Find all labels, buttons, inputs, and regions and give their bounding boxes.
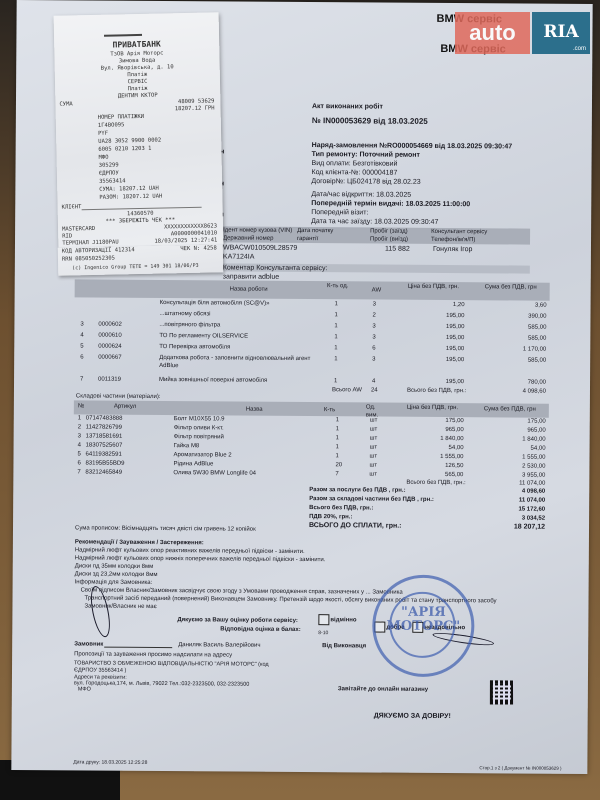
works-name-header: Назва роботи xyxy=(230,285,268,293)
summary-label: Всього без ПДВ, грн.: xyxy=(309,504,373,512)
part-price: 965,00 xyxy=(404,426,464,434)
act-title: Акт виконаних робіт xyxy=(312,102,383,111)
work-qty: 1 xyxy=(334,311,337,319)
summary-row: ВСЬОГО ДО СПЛАТИ, грн.:18 207,12 xyxy=(309,522,549,533)
receipt-footer: (c) Ingenico Group TETE = 149 301 18/06/… xyxy=(72,262,199,274)
total-aw-label: Всього AW xyxy=(332,386,362,394)
part-price: 126,50 xyxy=(403,462,463,470)
part-number: 7 xyxy=(77,468,80,476)
part-qty: 1 xyxy=(336,425,339,433)
work-price: 1,20 xyxy=(405,301,465,309)
part-name: Фільтр повітряний xyxy=(174,433,224,441)
part-unit: шт xyxy=(370,434,378,442)
receipt-paid: РАЗОМ: 18207.12 UAH xyxy=(99,194,162,202)
part-unit: шт xyxy=(369,452,377,460)
part-number: 2 xyxy=(78,423,81,431)
work-sum: 390,00 xyxy=(484,312,546,320)
work-number: 7 xyxy=(80,375,83,383)
part-unit: шт xyxy=(370,416,378,424)
works-sum-header: Сума без ПДВ, грн xyxy=(485,283,537,291)
summary-label: Разом за послуги без ПДВ , грн.: xyxy=(309,486,405,495)
work-aw: 3 xyxy=(373,300,376,308)
work-code: 0000624 xyxy=(98,343,121,351)
receipt-detail: 35563414 xyxy=(99,178,126,186)
parts-table: 107147483888Болт M10X55 10.91шт175,00175… xyxy=(73,414,548,487)
parts-price-header: Ціна без ПДВ, грн. xyxy=(407,404,467,412)
work-name: ...повітряного фільтра xyxy=(159,321,319,330)
part-qty: 7 xyxy=(335,470,338,478)
stamp-text: "АРІЯ МОТОРС" xyxy=(375,606,471,635)
thanks-for-trust: ДЯКУЄМО ЗА ДОВІРУ! xyxy=(374,712,451,722)
parts-no-header: № xyxy=(78,402,84,410)
work-name: Мийка зовнішньої поверхні автомобіля xyxy=(159,376,319,385)
customer-signature-label: Замовник xyxy=(74,640,103,648)
work-qty: 1 xyxy=(334,322,337,330)
work-qty: 1 xyxy=(334,377,337,385)
rating-excellent-checkbox[interactable] xyxy=(318,614,329,625)
receipt-sum-value: 18207.12 ГРН xyxy=(175,105,215,113)
works-qty-header: К-ть од. xyxy=(325,282,351,290)
part-qty: 1 xyxy=(336,434,339,442)
works-total-value: 4 098,60 xyxy=(484,387,546,395)
receipt-detail: PYF xyxy=(98,131,108,138)
part-qty: 20 xyxy=(335,461,342,469)
part-name: Болт M10X55 10.9 xyxy=(174,415,225,423)
part-sum: 175,00 xyxy=(484,417,546,425)
work-aw: 3 xyxy=(372,322,375,330)
part-qty: 1 xyxy=(335,452,338,460)
act-number: № IN000053629 від 18.03.2025 xyxy=(312,116,428,127)
work-code: 0000610 xyxy=(98,332,121,340)
receipt-card-type: MASTERCARD xyxy=(62,226,95,234)
part-unit: шт xyxy=(369,470,377,478)
work-price: 195,00 xyxy=(404,323,464,331)
work-row: 70011319Мийка зовнішньої поверхні автомо… xyxy=(74,375,549,389)
work-code: 0000667 xyxy=(98,354,121,362)
part-number: 1 xyxy=(78,414,81,422)
work-aw: 3 xyxy=(372,333,375,341)
receipt-detail: МФО xyxy=(99,155,109,162)
summary-value: 11 074,00 xyxy=(483,496,545,504)
work-sum: 585,00 xyxy=(484,356,546,364)
works-header-bar xyxy=(75,279,550,300)
print-date: Дата друку: 18.03.2025 12:25:28 xyxy=(73,759,147,766)
work-number: 6 xyxy=(80,353,83,361)
receipt-client-label: КЛІЄНТ xyxy=(62,204,82,211)
receipt-detail: 305299 xyxy=(99,162,119,169)
part-code: 18307525607 xyxy=(86,441,123,449)
works-price-header: Ціна без ПДВ, грн. xyxy=(408,283,468,291)
works-table: Консультація біля автомобіля (SC@V)»131,… xyxy=(74,298,550,381)
pos-receipt-bottom: КОД АВТОРИЗАЦІЇ 412314 ЧЕК N: 4258 RRN 0… xyxy=(58,244,224,275)
receipt-separator xyxy=(104,34,142,37)
part-sum: 2 530,00 xyxy=(483,462,545,470)
receipt-detail: ЄДРПОУ xyxy=(99,170,119,177)
mileage-in-header: Пробіг (заїзд) xyxy=(370,227,408,235)
part-number: 3 xyxy=(78,432,81,440)
part-price: 175,00 xyxy=(404,417,464,425)
part-price: 54,00 xyxy=(404,444,464,452)
receipt-sum-label: СУМА xyxy=(59,101,72,108)
work-aw: 4 xyxy=(372,377,375,385)
part-sum: 1 840,00 xyxy=(484,435,546,443)
part-code: 11427826799 xyxy=(86,423,122,431)
rating-excellent-label: відмінно xyxy=(330,616,356,624)
proposals-text: Пропозиції та зауваження просимо надсила… xyxy=(74,650,232,659)
work-name: Додаткова робота - заповнити відновлювал… xyxy=(159,354,319,371)
part-code: 13718581691 xyxy=(86,432,123,440)
work-sum: 1 170,00 xyxy=(484,345,546,353)
summary-totals: Разом за послуги без ПДВ , грн.:4 098,60… xyxy=(309,486,549,548)
work-price: 195,00 xyxy=(404,312,464,320)
consultant-value: Гонуляк Ігор xyxy=(433,245,473,254)
part-name: Фільтр оливи К-кт. xyxy=(174,424,224,432)
work-row: 60000667Додаткова робота - заповнити від… xyxy=(74,353,549,376)
work-name: ...штатному обсязі xyxy=(159,310,319,319)
work-price: 195,00 xyxy=(404,356,464,364)
works-aw-header: AW xyxy=(372,286,382,294)
receipt-total: СУМА: 18207.12 UAH xyxy=(99,186,159,194)
executor-signature-label: Від Виконавця xyxy=(322,642,366,650)
part-unit: шт xyxy=(370,443,378,451)
part-sum: 965,00 xyxy=(484,426,546,434)
work-number: 5 xyxy=(80,342,83,350)
arrival-date: Дата та час заїзду: 18.03.2025 09:30:47 xyxy=(311,217,438,227)
work-number: 4 xyxy=(80,331,83,339)
work-price: 195,00 xyxy=(404,378,464,386)
part-code: 64119382591 xyxy=(85,450,121,458)
work-code: 0011319 xyxy=(98,376,121,384)
work-code: 0000602 xyxy=(98,321,121,329)
work-sum: 585,00 xyxy=(484,334,546,342)
company-stamp-icon: "АРІЯ МОТОРС" xyxy=(372,574,475,677)
signature-line xyxy=(104,647,172,648)
part-name: Рідина AdBlue xyxy=(173,460,213,468)
plate-header: Державний номер xyxy=(223,234,273,242)
parts-sum-header: Сума без ПДВ, грн xyxy=(484,405,536,413)
works-total-label: Всього без ПДВ, грн.: xyxy=(407,387,466,395)
part-sum: 54,00 xyxy=(484,444,546,452)
part-unit: шт xyxy=(370,425,378,433)
part-qty: 1 xyxy=(336,443,339,451)
ria-suffix: .com xyxy=(573,46,586,52)
summary-label: ВСЬОГО ДО СПЛАТИ, грн.: xyxy=(309,522,402,531)
summary-label: ПДВ 20%, грн.: xyxy=(309,513,352,521)
part-code: 83195B55BD9 xyxy=(85,459,124,467)
rating-score-label: Відповідна оцінка в балах: xyxy=(220,625,300,634)
work-qty: 1 xyxy=(335,300,338,308)
plate-value: KA7124IA xyxy=(223,252,255,261)
part-row: 783212465849Олива 5W30 BMW Longlife 047ш… xyxy=(73,468,548,480)
company-address: вул. Городоцька,174, м. Львів, 79022 Тел… xyxy=(74,680,249,687)
summary-value: 15 172,60 xyxy=(483,505,545,513)
summary-label: Разом за складові частини без ПДВ , грн.… xyxy=(309,495,434,504)
customer-name: Даниляк Василь Валерійович xyxy=(178,641,260,650)
autoria-watermark-auto: auto xyxy=(455,12,530,54)
part-qty: 1 xyxy=(336,416,339,424)
part-code: 07147483888 xyxy=(86,414,123,422)
work-sum: 585,00 xyxy=(484,323,546,331)
receipt-detail: НОМЕР ПЛАТІЖКИ xyxy=(98,114,144,122)
work-name: ТО По регламенту OILSERVICE xyxy=(159,332,319,341)
part-name: Олива 5W30 BMW Longlife 04 xyxy=(173,469,256,478)
parts-code-header: Артикул xyxy=(114,403,136,411)
qr-code-icon[interactable] xyxy=(490,680,514,704)
autoria-logo-icon: RIA.com xyxy=(532,12,590,54)
receipt-detail: 1Г4ВО095 xyxy=(98,122,125,130)
part-code: 83212465849 xyxy=(85,468,122,476)
page-number: Стор.1 з 2 ( Документ № IN000053629 ) xyxy=(479,765,561,771)
phone-header: Телефон/ім'я/П) xyxy=(431,236,475,244)
parts-qty-header: К-ть xyxy=(324,406,335,414)
mfo-label: МФО xyxy=(78,686,91,692)
work-name: Консультація біля автомобіля (SC@V)» xyxy=(160,299,320,308)
work-aw: 3 xyxy=(372,355,375,363)
rating-thanks: Дякуємо за Вашу оцінку роботи сервісу: xyxy=(177,616,298,625)
part-number: 4 xyxy=(78,441,81,449)
work-sum: 780,00 xyxy=(484,378,546,386)
part-number: 6 xyxy=(77,459,80,467)
total-aw-value: 24 xyxy=(371,386,378,394)
summary-value: 3 034,52 xyxy=(483,514,545,522)
part-name: Ароматизатор Blue 2 xyxy=(173,451,231,459)
warranty-header: Дата початку гарантії xyxy=(297,227,347,243)
previous-visit: Попередній візит: xyxy=(311,208,368,217)
part-name: Гайка M8 xyxy=(174,442,200,450)
part-unit: шт xyxy=(369,461,377,469)
part-number: 5 xyxy=(77,450,80,458)
mileage-out-header: Пробіг (виїзд) xyxy=(370,235,408,243)
work-qty: 1 xyxy=(334,344,337,352)
work-number: 3 xyxy=(80,320,83,328)
part-price: 1 840,00 xyxy=(404,435,464,443)
summary-value: 4 098,60 xyxy=(483,487,545,495)
work-sum: 3,60 xyxy=(485,301,547,309)
mileage-value: 115 882 xyxy=(385,245,410,254)
receipt-check-number: ЧЕК N: 4258 xyxy=(180,244,217,254)
work-qty: 1 xyxy=(334,333,337,341)
contract-number: Договір№: ЦБ024178 від 28.02.23 xyxy=(311,177,420,187)
summary-value: 18 207,12 xyxy=(483,523,545,531)
parts-name-header: Назва xyxy=(246,406,263,414)
online-shop-link[interactable]: Завітайте до онлайн магазину xyxy=(338,685,428,694)
work-aw: 2 xyxy=(372,311,375,319)
rating-scale: 8-10 xyxy=(318,629,328,637)
ria-label: RIA xyxy=(543,22,578,42)
receipt-detail: 6005 0210 1203 1 xyxy=(98,146,151,154)
part-sum: 1 555,00 xyxy=(483,453,545,461)
receipt-detail: UA28 3052 9900 0002 xyxy=(98,138,161,146)
work-price: 195,00 xyxy=(404,334,464,342)
work-price: 195,00 xyxy=(404,345,464,353)
work-name: ТО Перевірка автомобіля xyxy=(159,343,319,352)
part-price: 1 555,00 xyxy=(403,453,463,461)
amount-in-words: Сума прописом: Вісімнадцять тисяч двісті… xyxy=(75,524,256,533)
pos-receipt: ПРИВАТБАНК ТзОВ Арія Моторс Зимова Вода … xyxy=(54,12,224,247)
company-name: ТОВАРИСТВО З ОБМЕЖЕНОЮ ВІДПОВІДАЛЬНІСТЮ … xyxy=(74,660,284,675)
work-aw: 6 xyxy=(372,344,375,352)
work-qty: 1 xyxy=(334,355,337,363)
